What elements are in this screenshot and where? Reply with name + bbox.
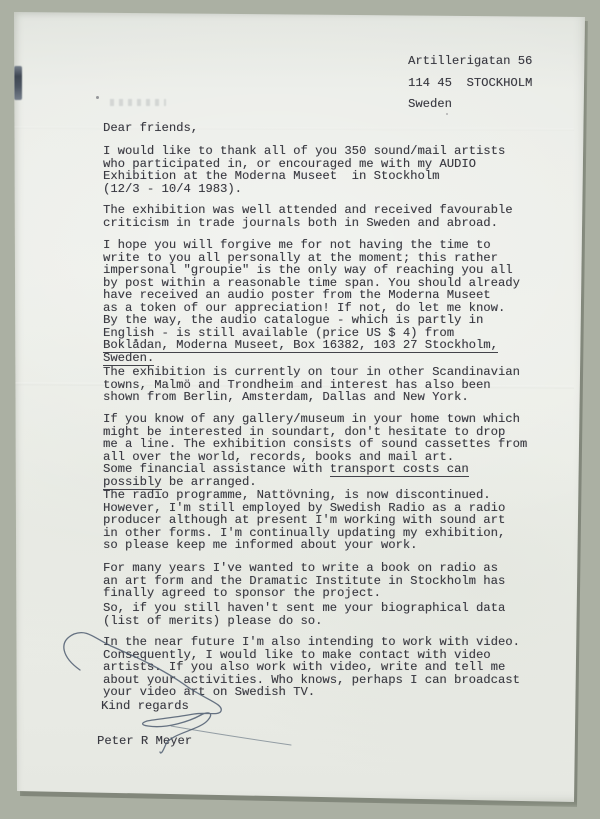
text-line: shown from Berlin, Amsterdam, Dallas and… xyxy=(103,391,520,404)
paragraph: I hope you will forgive me for not havin… xyxy=(103,239,520,364)
letter-content: Artillerigatan 56114 45 STOCKHOLMSweden … xyxy=(14,12,585,802)
paragraph: The exhibition is currently on tour in o… xyxy=(103,366,520,404)
text-line: your video art on Swedish TV. xyxy=(103,686,520,699)
text-line: Boklådan, Moderna Museet, Box 16382, 103… xyxy=(103,339,520,352)
text-line: (12/3 - 10/4 1983). xyxy=(103,183,505,196)
text-line: possibly be arranged. xyxy=(103,476,527,489)
letter-body: I would like to thank all of you 350 sou… xyxy=(14,12,585,802)
paragraph: For many years I've wanted to write a bo… xyxy=(103,562,505,600)
paragraph: I would like to thank all of you 350 sou… xyxy=(103,145,505,195)
paragraph: So, if you still haven't sent me your bi… xyxy=(103,602,505,627)
text-line: (list of merits) please do so. xyxy=(103,615,505,628)
photo-background: Artillerigatan 56114 45 STOCKHOLMSweden … xyxy=(0,0,600,819)
text-line: Sweden. xyxy=(103,352,520,365)
text-line: finally agreed to sponsor the project. xyxy=(103,587,505,600)
paragraph: The exhibition was well attended and rec… xyxy=(103,204,513,229)
paragraph: In the near future I'm also intending to… xyxy=(103,636,520,699)
letter-paper: Artillerigatan 56114 45 STOCKHOLMSweden … xyxy=(14,12,585,802)
paragraph: The radio programme, Nattövning, is now … xyxy=(103,489,505,552)
text-line: criticism in trade journals both in Swed… xyxy=(103,217,513,230)
text-line: so please keep me informed about your wo… xyxy=(103,539,505,552)
signer-name: Peter R Meyer xyxy=(97,734,192,748)
closing: Kind regards xyxy=(101,699,189,713)
paragraph: If you know of any gallery/museum in you… xyxy=(103,413,527,488)
